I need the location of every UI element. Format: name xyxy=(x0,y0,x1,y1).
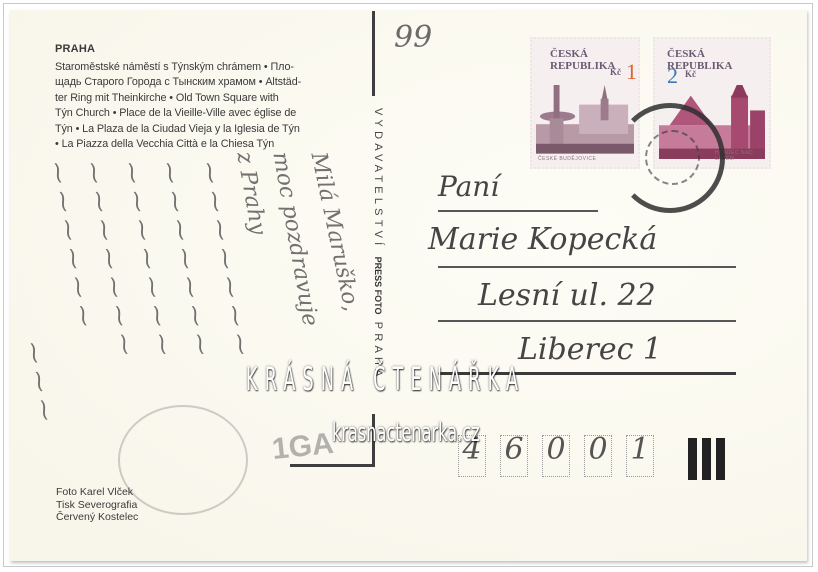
address-name: Marie Kopecká xyxy=(428,222,657,257)
postal-code-digit: 0 xyxy=(584,432,612,467)
address-line-1 xyxy=(438,210,598,212)
postal-code-digit: 0 xyxy=(542,432,570,467)
postmark-inner-ring xyxy=(645,130,700,185)
caption-line: ter Ring mit Theinkirche • Old Town Squa… xyxy=(55,91,365,106)
handwritten-number: 99 xyxy=(394,20,432,55)
address-line-2 xyxy=(438,266,736,268)
watermark-title: KRÁSNÁ ČTENÁŘKA xyxy=(246,360,525,398)
address-salutation: Paní xyxy=(438,170,499,203)
center-divider xyxy=(372,11,375,96)
postcard: PRAHA Staroměstské náměstí s Týnským chr… xyxy=(10,10,807,561)
pressfoto-logo: PRESS FOTO xyxy=(373,257,383,315)
postal-bar xyxy=(716,438,725,480)
caption-line: Týn • La Plaza de la Ciudad Vieja y la I… xyxy=(55,122,365,137)
postal-bar xyxy=(688,438,697,480)
address-line-3 xyxy=(438,320,736,322)
divider-foot xyxy=(290,464,375,467)
caption-line: Týn Church • Place de la Vieille-Ville a… xyxy=(55,106,365,121)
postal-bar xyxy=(702,438,711,480)
caption-line: щадь Старого Города с Тынским храмом • A… xyxy=(55,75,365,90)
photo-credits: Foto Karel Vlček Tisk Severografia Červe… xyxy=(56,486,138,524)
caption-body: Staroměstské náměstí s Týnským chrámem •… xyxy=(55,60,365,152)
caption-title: PRAHA xyxy=(55,43,365,55)
printed-caption: PRAHA Staroměstské náměstí s Týnským chr… xyxy=(55,43,365,152)
postal-code-digit: 6 xyxy=(500,432,528,467)
faded-mark: 1GA xyxy=(270,427,335,467)
postal-code-digit: 1 xyxy=(626,432,654,467)
address-street: Lesní ul. 22 xyxy=(478,278,656,313)
address-city: Liberec 1 xyxy=(518,332,662,367)
message-line: z Prahy xyxy=(231,150,270,237)
watermark-url: krasnactenarka.cz xyxy=(332,418,480,448)
caption-line: Staroměstské náměstí s Týnským chrámem •… xyxy=(55,60,365,75)
